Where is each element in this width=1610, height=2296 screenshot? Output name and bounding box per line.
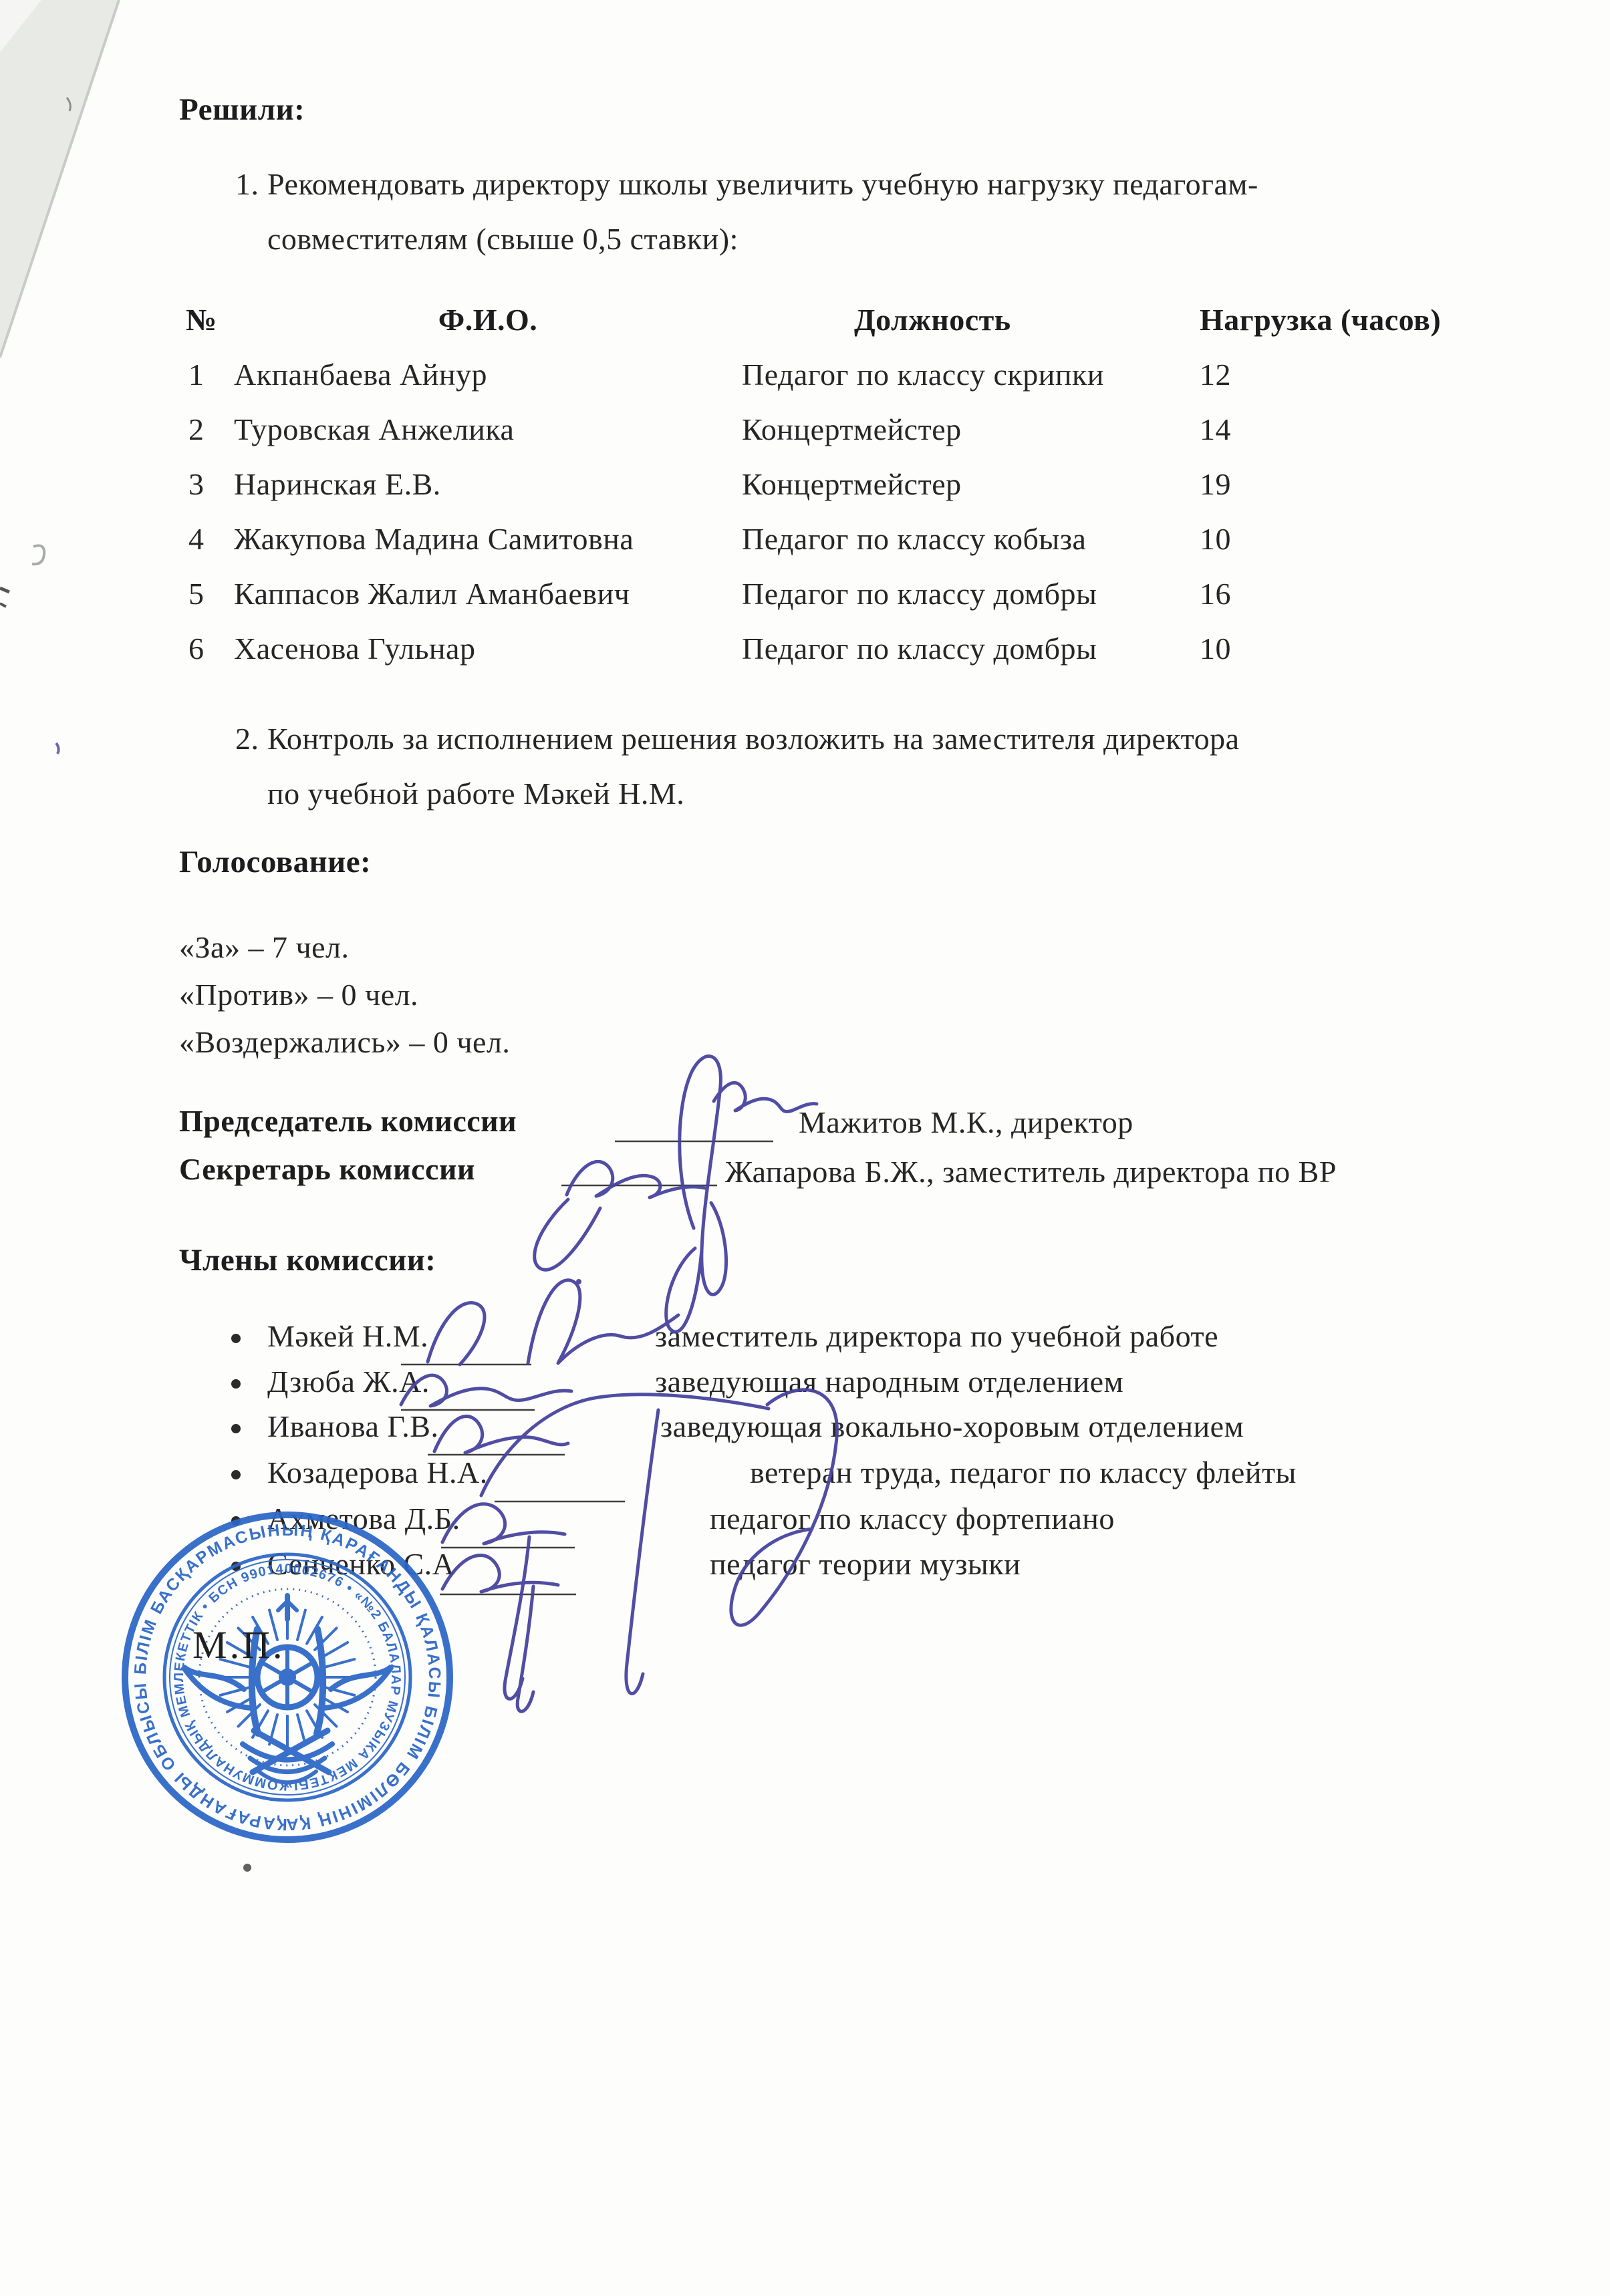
member-name: Мәкей Н.М. (267, 1318, 428, 1355)
member-name: Козадерова Н.А. (267, 1454, 488, 1491)
row-position: Концертмейстер (742, 412, 1200, 466)
voting-results: «За» – 7 чел. «Против» – 0 чел. «Воздерж… (179, 923, 510, 1066)
item-2-line-2: по учебной работе Мәкей Н.М. (267, 775, 684, 813)
fold-corner-highlight (0, 0, 41, 52)
smudge-mark (32, 546, 44, 565)
vote-against: «Против» – 0 чел. (179, 971, 510, 1018)
chairman-name: Мажитов М.К., директор (799, 1104, 1133, 1141)
member-role: педагог по классу фортепиано (710, 1500, 1115, 1538)
members-heading: Члены комиссии: (179, 1242, 436, 1279)
item-1-line-1: Рекомендовать директору школы увеличить … (267, 166, 1258, 203)
row-position: Педагог по классу домбры (742, 576, 1200, 631)
ink-speck (243, 1864, 251, 1872)
member-name: Иванова Г.В. (267, 1408, 438, 1445)
item-2-number: 2. (235, 720, 259, 758)
bullet-icon (231, 1334, 241, 1343)
secretary-label: Секретарь комиссии (179, 1151, 475, 1188)
smudge-mark (67, 98, 70, 111)
secretary-signature (535, 1199, 600, 1270)
edge-mark (0, 603, 6, 607)
row-position: Педагог по классу скрипки (742, 357, 1200, 412)
row-name: Каппасов Жалил Аманбаевич (234, 576, 742, 631)
bullet-icon (231, 1424, 241, 1433)
row-num: 4 (180, 521, 234, 576)
chairman-label: Председатель комиссии (179, 1103, 517, 1140)
member-role: ветеран труда, педагог по классу флейты (750, 1454, 1297, 1491)
member-signature (505, 1537, 529, 1699)
member-role: заместитель директора по учебной работе (655, 1318, 1218, 1355)
page-corner-fold (0, 0, 119, 357)
col-header-num: № (180, 302, 234, 364)
vote-abstained: «Воздержались» – 0 чел. (179, 1018, 510, 1066)
row-load: 10 (1200, 521, 1507, 576)
bullet-icon (231, 1470, 241, 1479)
row-position: Педагог по классу домбры (742, 631, 1200, 686)
item-1-number: 1. (235, 166, 259, 203)
row-position: Педагог по классу кобыза (742, 521, 1200, 576)
chairman-signature (680, 1056, 726, 1295)
scanned-document-page: Решили: 1. Рекомендовать директору школы… (0, 0, 1610, 2296)
member-signature (442, 1504, 565, 1544)
bullet-icon (231, 1379, 241, 1389)
row-load: 14 (1200, 412, 1507, 466)
row-position: Концертмейстер (742, 466, 1200, 521)
secretary-name: Жапарова Б.Ж., заместитель директора по … (725, 1153, 1337, 1191)
item-1-line-2: совместителям (свыше 0,5 ставки): (267, 221, 739, 258)
member-name: Дзюба Ж.А. (267, 1363, 430, 1401)
row-num: 3 (180, 466, 234, 521)
col-header-name: Ф.И.О. (234, 302, 742, 364)
member-signature (517, 1586, 533, 1711)
row-name: Акпанбаева Айнур (234, 357, 742, 412)
row-name: Хасенова Гульнар (234, 631, 742, 686)
stamp-seal-icon: ҚАРАҒАНДЫ ОБЛЫСЫ БІЛІМ БАСҚАРМАСЫНЫҢ ҚАР… (120, 1510, 454, 1844)
col-header-load: Нагрузка (часов) (1200, 302, 1507, 364)
mp-seal-place-label: М.П. (192, 1622, 285, 1667)
member-signature (626, 1410, 658, 1694)
member-signature (428, 1303, 485, 1365)
member-role: заведующая вокально-хоровым отделением (660, 1408, 1244, 1445)
member-role: педагог теории музыки (710, 1546, 1021, 1583)
decided-heading: Решили: (179, 91, 305, 128)
row-load: 10 (1200, 631, 1507, 686)
row-load: 19 (1200, 466, 1507, 521)
row-num: 6 (180, 631, 234, 686)
row-num: 2 (180, 412, 234, 466)
fold-edge (0, 0, 119, 357)
row-name: Туровская Анжелика (234, 412, 742, 466)
row-name: Наринская Е.В. (234, 466, 742, 521)
pen-dot (576, 1279, 581, 1284)
secretary-signature (567, 1161, 705, 1197)
load-table: № Ф.И.О. Должность Нагрузка (часов) 1 Ак… (180, 302, 1507, 686)
vote-for: «За» – 7 чел. (179, 923, 510, 971)
col-header-position: Должность (742, 302, 1200, 364)
row-num: 5 (180, 576, 234, 631)
member-role: заведующая народным отделением (655, 1363, 1123, 1401)
official-stamp: ҚАРАҒАНДЫ ОБЛЫСЫ БІЛІМ БАСҚАРМАСЫНЫҢ ҚАР… (120, 1510, 454, 1844)
edge-mark (0, 588, 9, 592)
member-signature (442, 1555, 558, 1592)
row-name: Жакупова Мадина Самитовна (234, 521, 742, 576)
pen-speck (56, 743, 59, 754)
voting-heading: Голосование: (179, 843, 371, 881)
member-signature (434, 1417, 568, 1453)
row-num: 1 (180, 357, 234, 412)
row-load: 12 (1200, 357, 1507, 412)
item-2-line-1: Контроль за исполнением решения возложит… (267, 720, 1240, 758)
row-load: 16 (1200, 576, 1507, 631)
